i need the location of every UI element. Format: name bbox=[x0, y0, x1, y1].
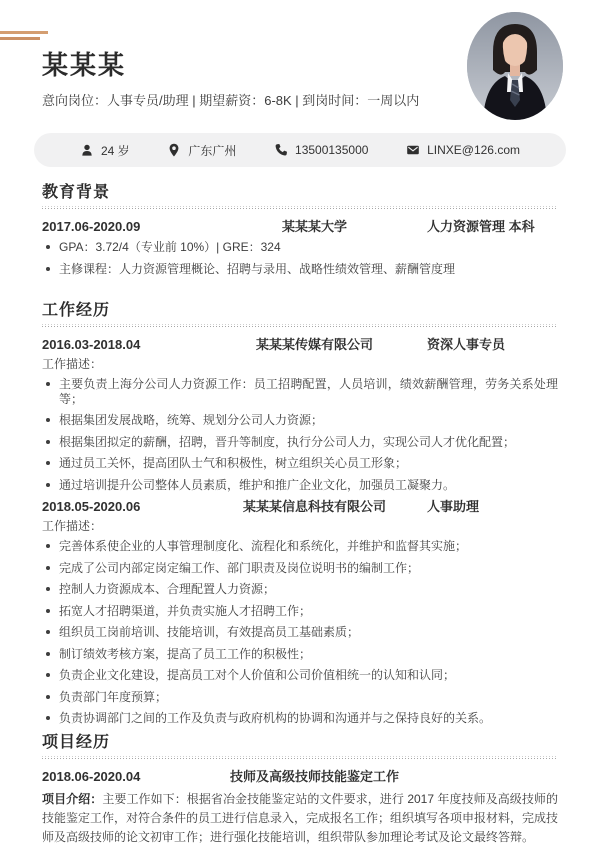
work-company: 某某某信息科技有限公司 bbox=[202, 499, 427, 514]
education-bullet: 主修课程：人力资源管理概论、招聘与录用、战略性绩效管理、薪酬管度理 bbox=[42, 262, 558, 277]
work-role: 资深人事专员 bbox=[427, 337, 558, 352]
section-project-experience: 项目经历 2018.06-2020.04 技师及高级技师技能鉴定工作 项目介绍：… bbox=[42, 735, 558, 847]
section-divider bbox=[42, 756, 558, 759]
mail-icon bbox=[406, 143, 420, 157]
project-intro-text: 主要工作如下：根据省冶金技能鉴定站的文件要求，进行 2017 年度技师及高级技师… bbox=[42, 792, 558, 844]
education-section-title: 教育背景 bbox=[42, 185, 558, 201]
work-bullet: 通过培训提升公司整体人员素质，维护和推广企业文化，加强员工凝聚力。 bbox=[42, 478, 558, 493]
work-section-title: 工作经历 bbox=[42, 303, 558, 319]
contact-phone-text: 13500135000 bbox=[295, 143, 368, 157]
project-entry-header: 2018.06-2020.04 技师及高级技师技能鉴定工作 bbox=[42, 769, 558, 784]
work-bullet: 组织员工岗前培训、技能培训，有效提高员工基础素质； bbox=[42, 625, 558, 640]
work-description-label: 工作描述： bbox=[42, 519, 558, 533]
work-entry-header: 2016.03-2018.04 某某某传媒有限公司 资深人事专员 bbox=[42, 337, 558, 352]
project-intro-label: 项目介绍： bbox=[42, 792, 102, 806]
contact-email: LINXE@126.com bbox=[406, 143, 520, 157]
work-bullet: 负责协调部门之间的工作及负责与政府机构的协调和沟通并与之保持良好的关系。 bbox=[42, 711, 558, 726]
work-bullet: 根据集团拟定的薪酬，招聘，晋升等制度，执行分公司人力，实现公司人才优化配置； bbox=[42, 435, 558, 450]
section-divider bbox=[42, 324, 558, 327]
education-major-degree: 人力资源管理 本科 bbox=[427, 219, 558, 234]
project-section-title: 项目经历 bbox=[42, 735, 558, 751]
education-bullet: GPA：3.72/4（专业前 10%）| GRE：324 bbox=[42, 240, 558, 255]
section-divider bbox=[42, 206, 558, 209]
work-entry-header: 2018.05-2020.06 某某某信息科技有限公司 人事助理 bbox=[42, 499, 558, 514]
accent-line-top bbox=[0, 31, 48, 34]
job-intent-line: 意向岗位：人事专员/助理 | 期望薪资：6-8K | 到岗时间：一周以内 bbox=[42, 94, 558, 107]
contact-location: 广东广州 bbox=[167, 142, 236, 159]
project-period: 2018.06-2020.04 bbox=[42, 769, 202, 784]
project-name: 技师及高级技师技能鉴定工作 bbox=[202, 769, 427, 784]
section-education: 教育背景 2017.06-2020.09 某某某大学 人力资源管理 本科 GPA… bbox=[42, 185, 558, 276]
contact-location-text: 广东广州 bbox=[188, 142, 236, 159]
person-icon bbox=[80, 143, 94, 157]
section-work-experience: 工作经历 2016.03-2018.04 某某某传媒有限公司 资深人事专员 工作… bbox=[42, 303, 558, 726]
work-bullet: 负责部门年度预算； bbox=[42, 690, 558, 705]
work-bullet: 根据集团发展战略，统筹、规划分公司人力资源； bbox=[42, 413, 558, 428]
candidate-name: 某某某 bbox=[42, 52, 558, 78]
work-description-label: 工作描述： bbox=[42, 357, 558, 371]
work-bullet: 主要负责上海分公司人力资源工作：员工招聘配置，人员培训，绩效薪酬管理，劳务关系处… bbox=[42, 377, 558, 406]
accent-line-bottom bbox=[0, 37, 40, 40]
contact-age-text: 24 岁 bbox=[101, 142, 130, 159]
education-school: 某某某大学 bbox=[202, 219, 427, 234]
work-bullet: 控制人力资源成本、合理配置人力资源； bbox=[42, 582, 558, 597]
contact-phone: 13500135000 bbox=[274, 143, 368, 157]
project-intro: 项目介绍：主要工作如下：根据省冶金技能鉴定站的文件要求，进行 2017 年度技师… bbox=[42, 790, 558, 847]
work-bullet-list: 完善体系使企业的人事管理制度化、流程化和系统化，并维护和监督其实施； 完成了公司… bbox=[42, 539, 558, 726]
contact-bar: 24 岁 广东广州 13500135000 LINXE@126.com bbox=[34, 133, 566, 167]
work-bullet: 制订绩效考核方案，提高了员工工作的积极性； bbox=[42, 647, 558, 662]
work-bullet: 负责企业文化建设，提高员工对个人价值和公司价值相统一的认知和认同； bbox=[42, 668, 558, 683]
work-period: 2016.03-2018.04 bbox=[42, 337, 202, 352]
education-bullet-list: GPA：3.72/4（专业前 10%）| GRE：324 主修课程：人力资源管理… bbox=[42, 240, 558, 276]
work-company: 某某某传媒有限公司 bbox=[202, 337, 427, 352]
work-bullet: 完善体系使企业的人事管理制度化、流程化和系统化，并维护和监督其实施； bbox=[42, 539, 558, 554]
education-period: 2017.06-2020.09 bbox=[42, 219, 202, 234]
contact-age: 24 岁 bbox=[80, 142, 130, 159]
location-pin-icon bbox=[167, 143, 181, 157]
work-bullet: 通过员工关怀，提高团队士气和积极性，树立组织关心员工形象； bbox=[42, 456, 558, 471]
education-entry-header: 2017.06-2020.09 某某某大学 人力资源管理 本科 bbox=[42, 219, 558, 234]
work-bullet: 拓宽人才招聘渠道，并负责实施人才招聘工作； bbox=[42, 604, 558, 619]
work-period: 2018.05-2020.06 bbox=[42, 499, 202, 514]
work-bullet: 完成了公司内部定岗定编工作、部门职责及岗位说明书的编制工作； bbox=[42, 561, 558, 576]
contact-email-text: LINXE@126.com bbox=[427, 143, 520, 157]
work-role: 人事助理 bbox=[427, 499, 558, 514]
work-bullet-list: 主要负责上海分公司人力资源工作：员工招聘配置，人员培训，绩效薪酬管理，劳务关系处… bbox=[42, 377, 558, 492]
phone-icon bbox=[274, 143, 288, 157]
